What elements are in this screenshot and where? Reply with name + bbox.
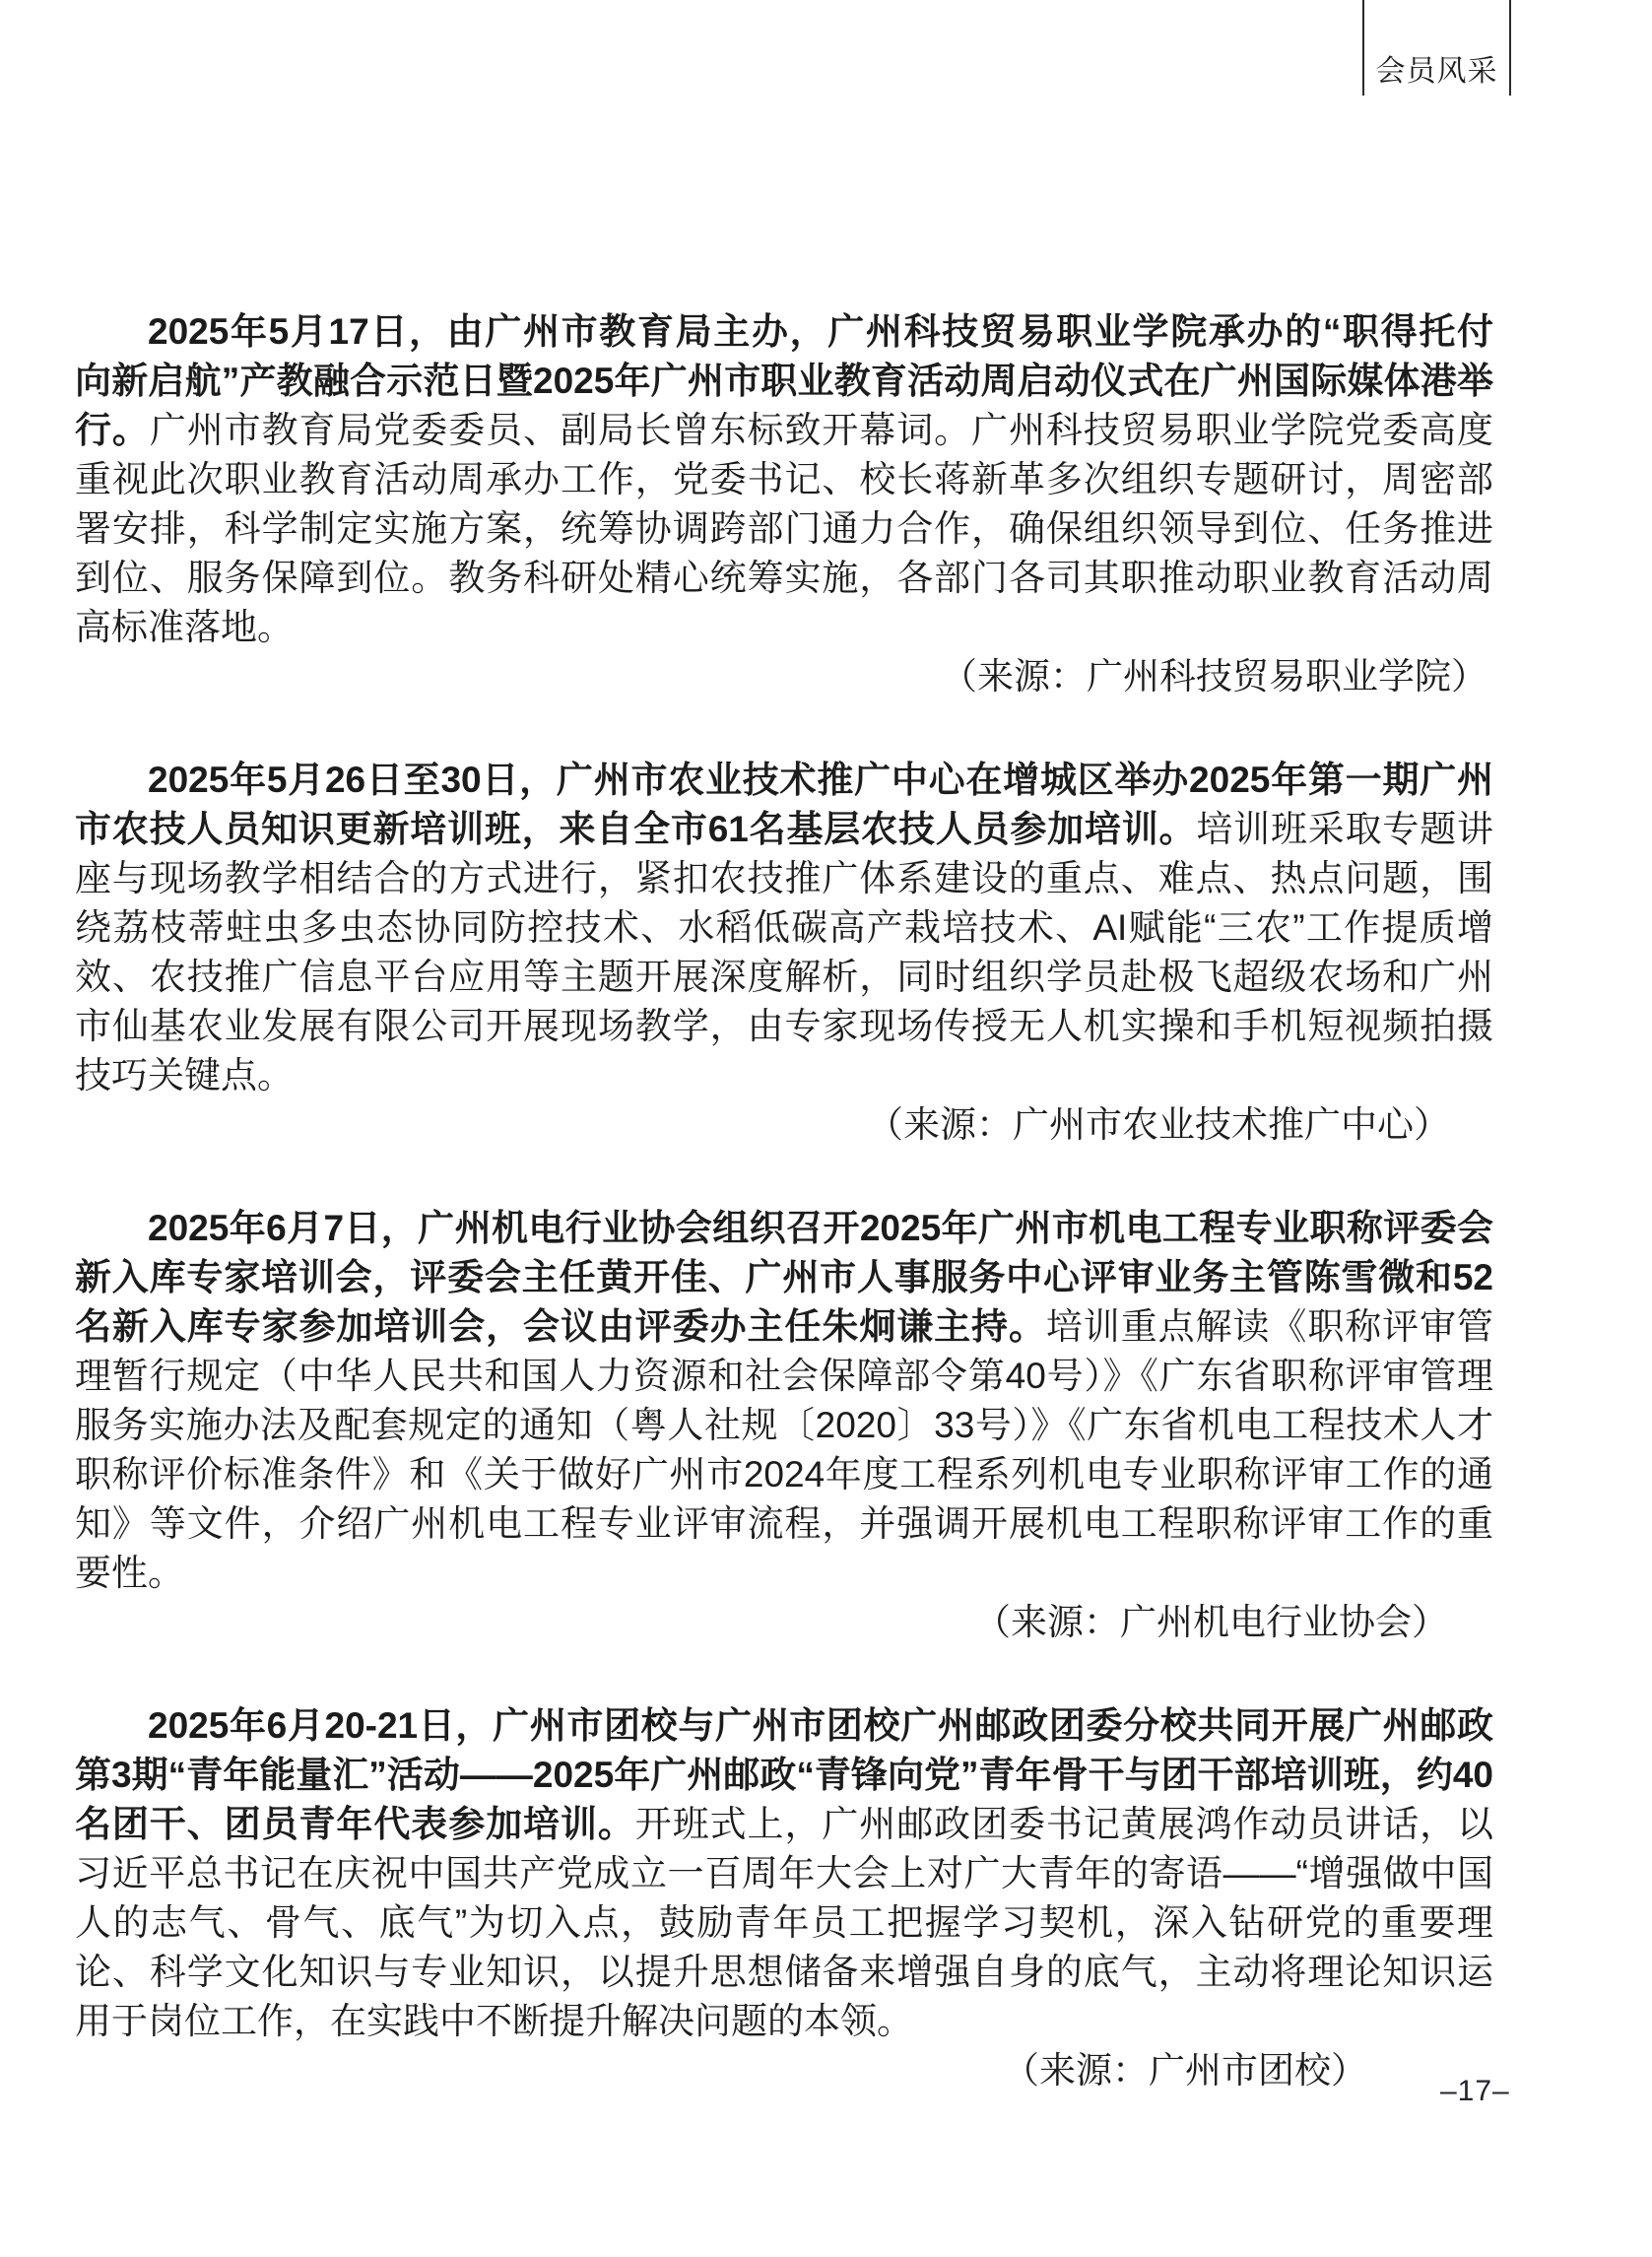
article-1-paragraph: 2025年5月17日，由广州市教育局主办，广州科技贸易职业学院承办的“职得托付 … — [75, 307, 1493, 652]
article-3-paragraph: 2025年6月7日，广州机电行业协会组织召开2025年广州市机电工程专业职称评委… — [75, 1204, 1493, 1598]
article-1: 2025年5月17日，由广州市教育局主办，广州科技贸易职业学院承办的“职得托付 … — [75, 307, 1493, 701]
article-1-body: 广州市教育局党委委员、副局长曾东标致开幕词。广州科技贸易职业学院党委高度重视此次… — [75, 410, 1493, 647]
article-3: 2025年6月7日，广州机电行业协会组织召开2025年广州市机电工程专业职称评委… — [75, 1204, 1493, 1647]
article-4: 2025年6月20-21日，广州市团校与广州市团校广州邮政团委分校共同开展广州邮… — [75, 1701, 1493, 2095]
section-header-label: 会员风采 — [1376, 46, 1498, 90]
article-2-paragraph: 2025年5月26日至30日，广州市农业技术推广中心在增城区举办2025年第一期… — [75, 756, 1493, 1100]
article-3-source: （来源：广州机电行业协会） — [75, 1598, 1493, 1647]
article-2: 2025年5月26日至30日，广州市农业技术推广中心在增城区举办2025年第一期… — [75, 756, 1493, 1150]
article-4-paragraph: 2025年6月20-21日，广州市团校与广州市团校广州邮政团委分校共同开展广州邮… — [75, 1701, 1493, 2046]
article-1-source: （来源：广州科技贸易职业学院） — [75, 652, 1493, 701]
section-header: 会员风采 — [1362, 0, 1511, 96]
page-number: –17– — [1440, 2075, 1510, 2108]
article-2-body: 培训班采取专题讲座与现场教学相结合的方式进行，紧扣农技推广体系建设的重点、难点、… — [75, 809, 1493, 1095]
article-3-body: 培训重点解读《职称评审管理暂行规定（中华人民共和国人力资源和社会保障部令第40号… — [75, 1306, 1493, 1593]
article-2-source: （来源：广州市农业技术推广中心） — [75, 1100, 1493, 1150]
article-list: 2025年5月17日，由广州市教育局主办，广州科技贸易职业学院承办的“职得托付 … — [75, 307, 1493, 2095]
document-page: 会员风采 2025年5月17日，由广州市教育局主办，广州科技贸易职业学院承办的“… — [0, 0, 1652, 2257]
article-4-source: （来源：广州市团校） — [75, 2046, 1493, 2095]
